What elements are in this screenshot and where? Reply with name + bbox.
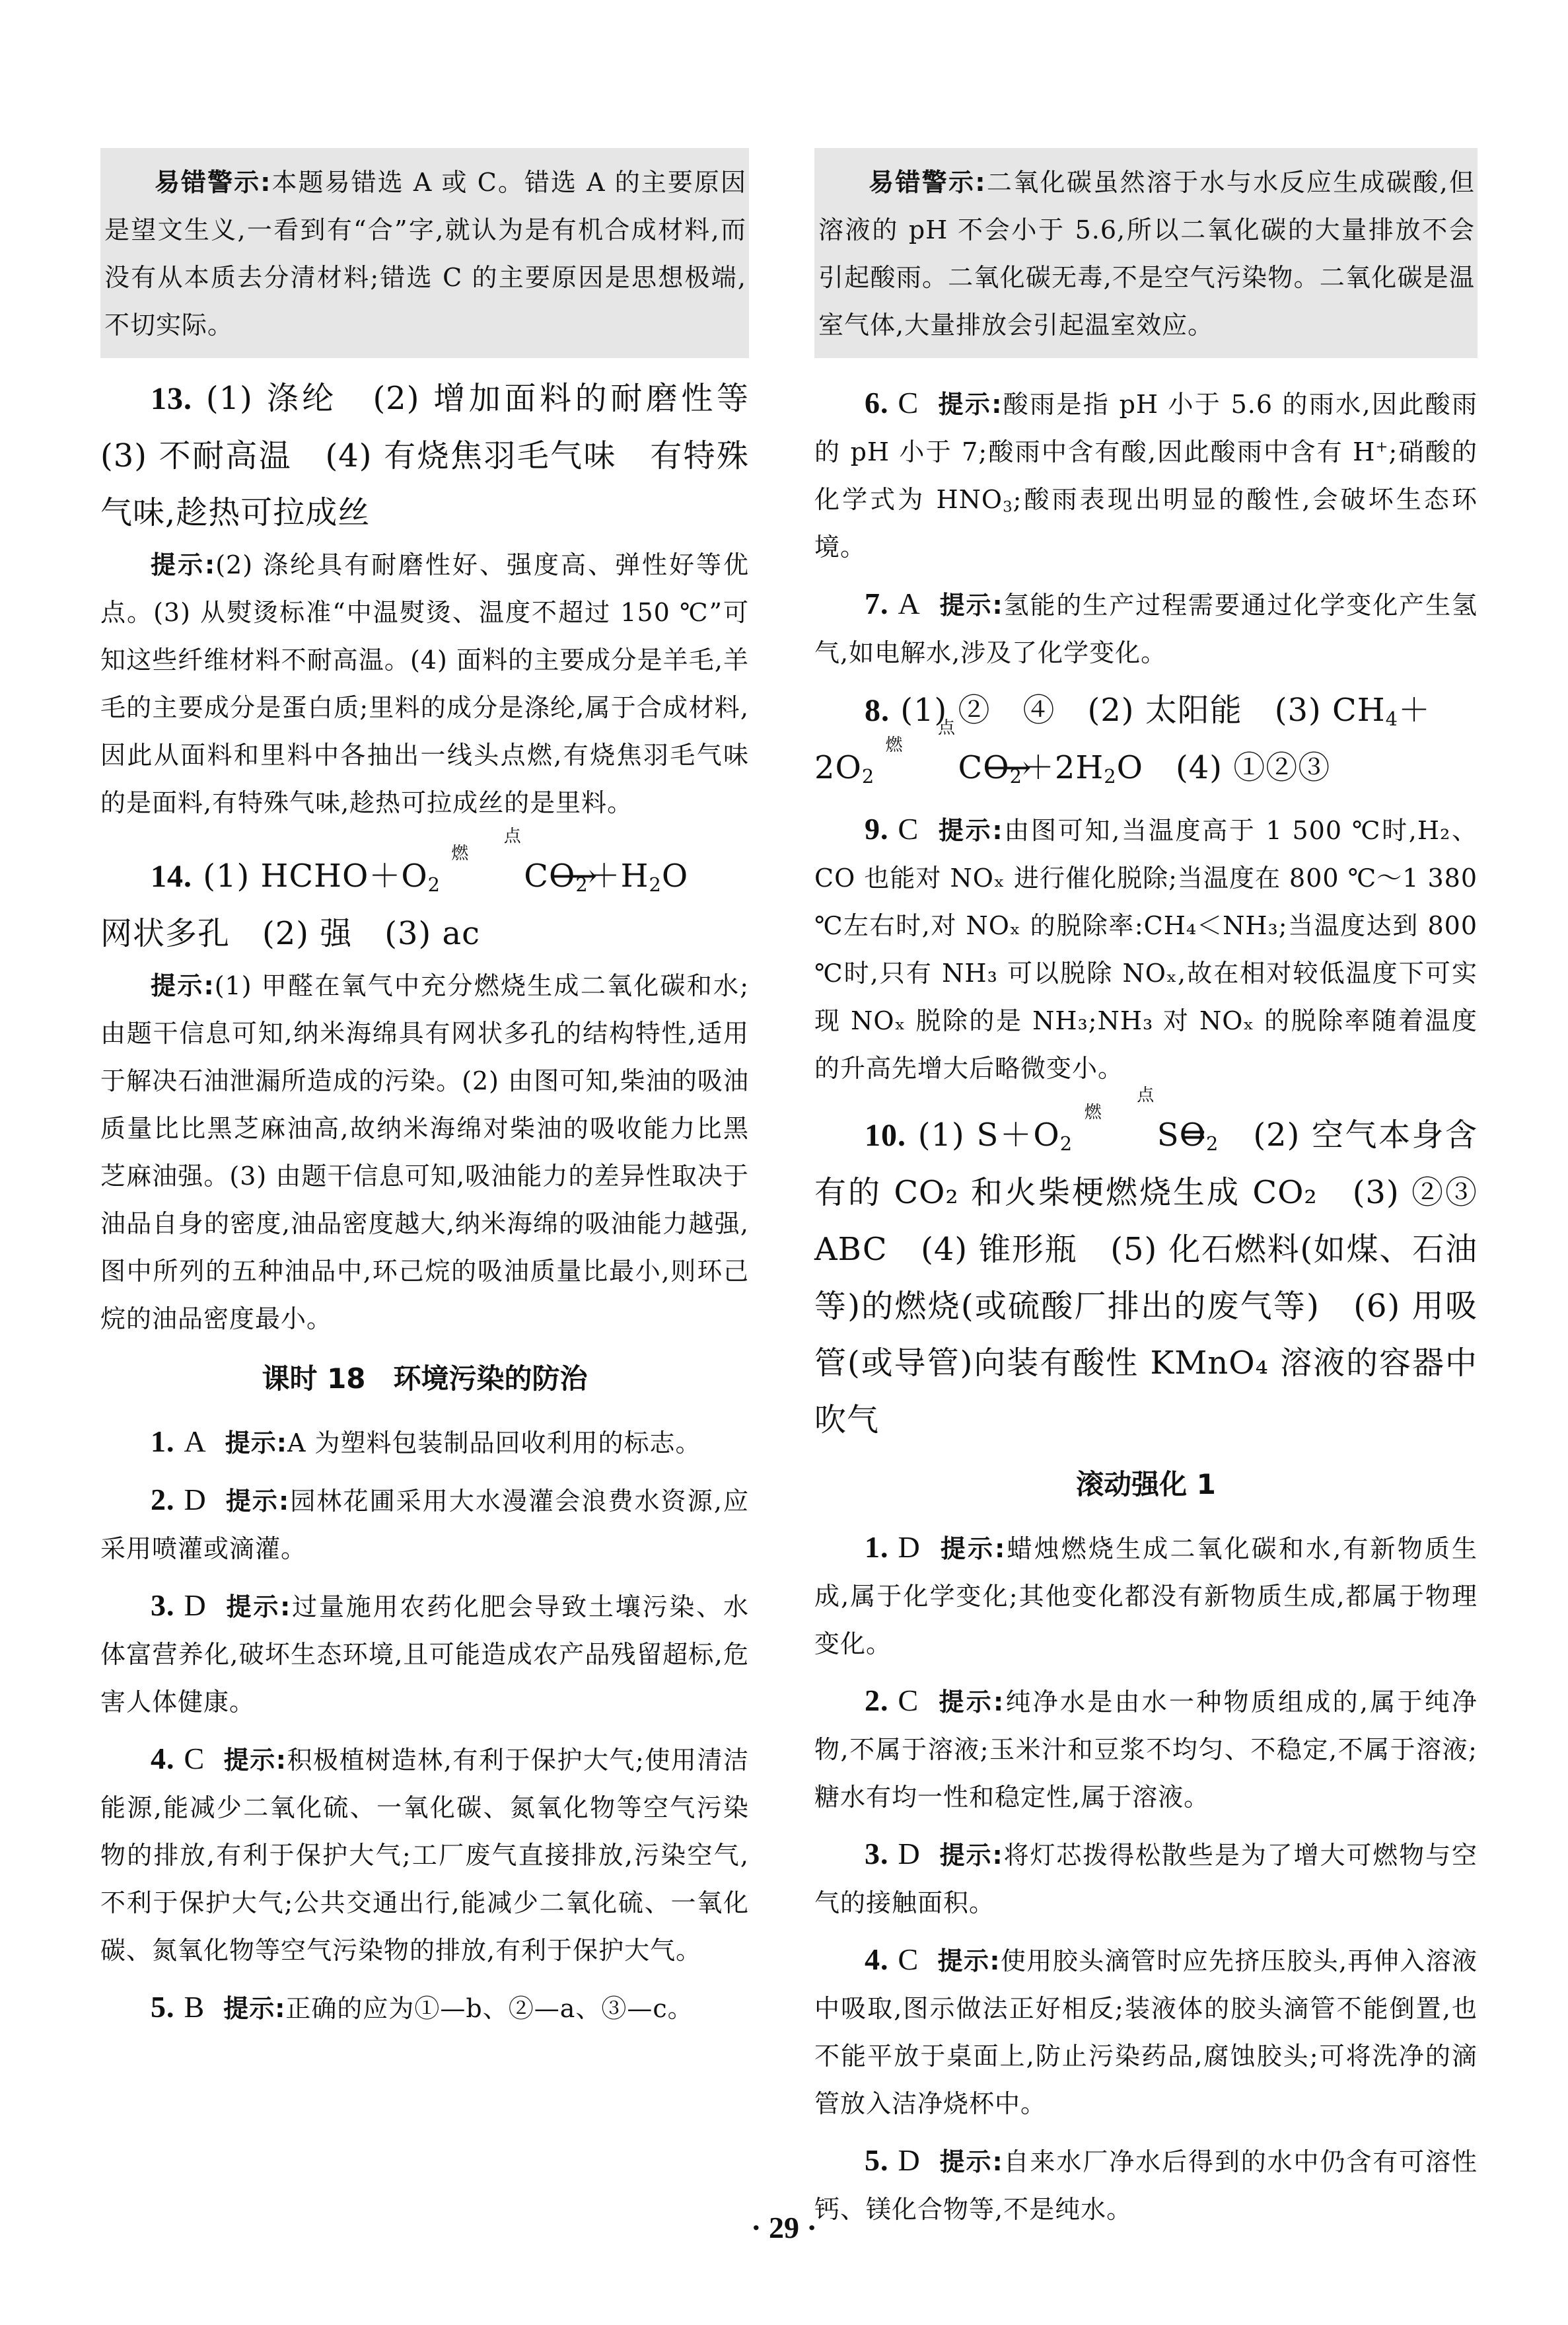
question-number: 14. [151,859,192,894]
question-number: 5. [865,2143,889,2177]
error-warning-box: 易错警示:本题易错选 A 或 C。错选 A 的主要原因是望文生义,一看到有“合”… [100,148,749,358]
tip-label: 提示: [151,971,215,1000]
item-6: 6.C提示:酸雨是指 pH 小于 5.6 的雨水,因此酸雨的 pH 小于 7;酸… [814,379,1478,571]
tip-label: 提示: [939,1841,1003,1870]
left-column: 易错警示:本题易错选 A 或 C。错选 A 的主要原因是望文生义,一看到有“合”… [100,148,749,2032]
tip-label: 提示: [939,591,1003,620]
lesson18-item-5: 5.B提示:正确的应为①—b、②—a、③—c。 [100,1983,749,2032]
answer-choice: B [184,1990,205,2024]
answer-choice: D [184,1483,207,1516]
tip-label: 提示: [939,2147,1003,2176]
question-number: 4. [151,1742,175,1775]
answer-text: O (4) ①②③ [1117,749,1331,786]
answer-choice: D [898,2143,921,2177]
tip-label: 提示: [225,1428,287,1458]
answer-text: (1) 涤纶 (2) 增加面料的耐磨性等 (3) 不耐高温 (4) 有烧焦羽毛气… [100,380,781,531]
question-number: 2. [865,1683,889,1717]
item-9: 9.C提示:由图可知,当温度高于 1 500 ℃时,H₂、CO 也能对 NOₓ … [814,805,1478,1092]
question-number: 9. [865,812,889,846]
reaction-condition: 点燃 [885,720,958,754]
question-number: 1. [865,1530,889,1564]
section-title-review-1: 滚动强化 1 [814,1455,1478,1514]
reaction-equals: 点燃═ [1085,1107,1157,1163]
tip-13: 提示:(2) 涤纶具有耐磨性好、强度高、弹性好等优点。(3) 从熨烫标准“中温熨… [100,541,749,827]
section-title-lesson-18: 课时 18 环境污染的防治 [100,1349,749,1409]
answer-choice: D [898,1837,921,1870]
equation-left: (1) S＋O [918,1117,1060,1154]
question-number: 10. [865,1118,906,1153]
tip-label: 提示: [937,390,1002,419]
tip-text: A 为塑料包装制品回收利用的标志。 [287,1428,701,1458]
equation-left: 2O [814,749,862,786]
question-number: 13. [151,381,192,416]
answer-8: 8. (1) ② ④ (2) 太阳能 (3) CH4＋ 2O2 点燃⟶CO2＋2… [814,682,1478,796]
superscript: + [1375,438,1388,455]
reaction-condition: 点燃 [451,828,524,862]
tip-text: 积极植树造林,有利于保护大气;使用清洁能源,能减少二氧化硫、一氧化碳、氮氧化物等… [100,1746,749,1965]
lesson18-item-4: 4.C提示:积极植树造林,有利于保护大气;使用清洁能源,能减少二氧化硫、一氧化碳… [100,1735,749,1974]
error-warning-box: 易错警示:二氧化碳虽然溶于水与水反应生成碳酸,但溶液的 pH 不会小于 5.6,… [814,148,1478,358]
tip-label: 提示: [937,1687,1004,1716]
answer-choice: C [898,386,919,420]
answer-text: (1) ② ④ (2) 太阳能 (3) CH [900,692,1385,729]
tip-text: 由图可知,当温度高于 1 500 ℃时,H₂、CO 也能对 NOₓ 进行催化脱除… [814,816,1478,1083]
right-column: 易错警示:二氧化碳虽然溶于水与水反应生成碳酸,但溶液的 pH 不会小于 5.6,… [814,148,1478,2233]
reaction-arrow: 点燃⟶ [885,739,958,796]
tip-label: 提示: [937,816,1003,845]
tip-label: 提示: [225,1487,289,1516]
lesson18-item-3: 3.D提示:过量施用农药化肥会导致土壤污染、水体富营养化,破坏生态环境,且可能造… [100,1582,749,1726]
lesson18-item-1: 1.A提示:A 为塑料包装制品回收利用的标志。 [100,1418,749,1467]
reaction-arrow: 点燃⟶ [451,848,524,904]
answer-choice: C [898,1942,919,1976]
reaction-condition: 点燃 [1085,1087,1157,1121]
answer-choice: C [184,1742,205,1775]
answer-choice: A [184,1424,207,1458]
question-number: 2. [151,1483,175,1516]
answer-14: 14. (1) HCHO＋O2 点燃⟶CO2＋H2O 网状多孔 (2) 强 (3… [100,848,749,962]
tip-14: 提示:(1) 甲醛在氧气中充分燃烧生成二氧化碳和水;由题干信息可知,纳米海绵具有… [100,962,749,1343]
question-number: 7. [865,587,889,620]
question-number: 5. [151,1990,175,2024]
answer-choice: C [898,1683,919,1717]
warning-label: 易错警示: [155,168,271,197]
warning-label: 易错警示: [869,168,986,197]
review-item-1: 1.D提示:蜡烛燃烧生成二氧化碳和水,有新物质生成,属于化学变化;其他变化都没有… [814,1524,1478,1668]
question-number: 3. [865,1837,889,1870]
answer-text: 网状多孔 (2) 强 (3) ac [100,915,480,952]
answer-10: 10. (1) S＋O2 点燃═SO2 (2) 空气本身含有的 CO₂ 和火柴梗… [814,1107,1478,1448]
answer-choice: D [184,1588,207,1622]
tip-label: 提示: [939,1534,1006,1563]
equation-left: (1) HCHO＋O [203,858,427,895]
review-item-4: 4.C提示:使用胶头滴管时应先挤压胶头,再伸入溶液中吸取,图示做法正好相反;装液… [814,1936,1478,2127]
tip-label: 提示: [223,1746,287,1775]
item-7: 7.A提示:氢能的生产过程需要通过化学变化产生氢气,如电解水,涉及了化学变化。 [814,580,1478,677]
question-number: 4. [865,1942,889,1976]
tip-text: (2) 涤纶具有耐磨性好、强度高、弹性好等优点。(3) 从熨烫标准“中温熨烫、温… [100,550,749,817]
question-number: 3. [151,1588,175,1622]
answer-text: ＋ [1398,692,1431,729]
subscript: 4 [1386,708,1398,730]
equation-tail: ＋2H [1022,749,1104,786]
answer-choice: A [898,587,921,620]
subscript: 3 [1003,499,1013,516]
tip-label: 提示: [151,550,215,579]
question-number: 6. [865,386,889,420]
question-number: 1. [151,1424,175,1458]
review-item-2: 2.C提示:纯净水是由水一种物质组成的,属于纯净物,不属于溶液;玉米汁和豆浆不均… [814,1677,1478,1821]
lesson18-item-2: 2.D提示:园林花圃采用大水漫灌会浪费水资源,应采用喷灌或滴灌。 [100,1476,749,1572]
tip-label: 提示: [225,1592,291,1621]
tip-label: 提示: [937,1946,1000,1975]
answer-13: 13. (1) 涤纶 (2) 增加面料的耐磨性等 (3) 不耐高温 (4) 有烧… [100,370,749,541]
answer-choice: D [898,1530,921,1564]
answer-text: (2) 空气本身含有的 CO₂ 和火柴梗燃烧生成 CO₂ (3) ②③ ABC … [814,1117,1510,1438]
review-item-3: 3.D提示:将灯芯拨得松散些是为了增大可燃物与空气的接触面积。 [814,1830,1478,1927]
answer-choice: C [898,812,919,846]
page-number: · 29 · [0,2210,1568,2245]
equation-end: O [662,858,688,895]
tip-text: (1) 甲醛在氧气中充分燃烧生成二氧化碳和水;由题干信息可知,纳米海绵具有网状多… [100,971,749,1333]
tip-label: 提示: [223,1994,285,2023]
tip-text: 正确的应为①—b、②—a、③—c。 [285,1994,693,2023]
